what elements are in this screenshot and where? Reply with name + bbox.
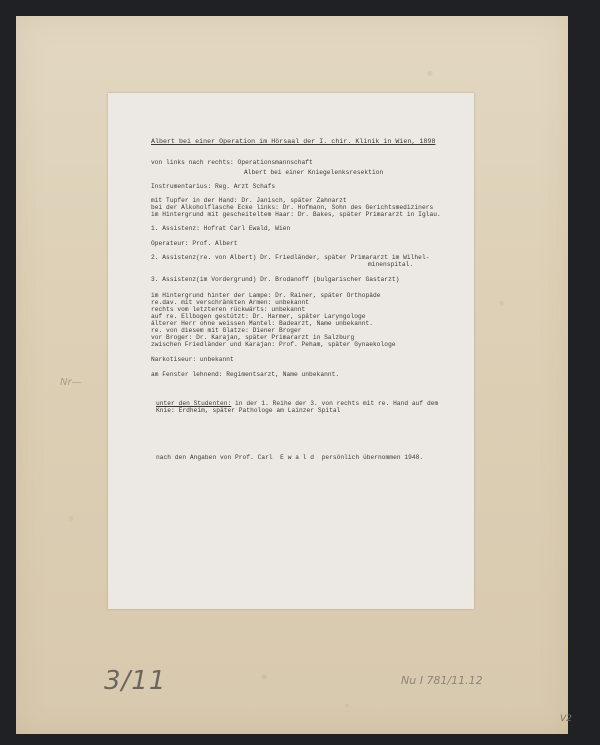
text-line: minenspital. <box>368 261 413 269</box>
text-line: Albert bei einer Kniegelenksresektion <box>244 169 383 177</box>
typewritten-sheet: Albert bei einer Operation im Hörsaal de… <box>108 93 474 609</box>
text-line: am Fenster lehnend: Regimentsarzt, Name … <box>151 371 339 379</box>
students-text: in der 1. Reihe der 3. von rechts mit re… <box>231 400 438 407</box>
text-line: Knie: Erdheim, später Pathologe am Lainz… <box>156 407 340 415</box>
inventory-number: Nu I 781/11.12 <box>401 674 483 687</box>
text-line: Instrumentarius: Reg. Arzt Schafs <box>151 183 275 191</box>
text-line-source: nach den Angaben von Prof. Carl E w a l … <box>156 454 423 462</box>
text-line: von links nach rechts: Operationsmannsch… <box>151 159 313 167</box>
students-label: unter den Studenten: <box>156 400 231 407</box>
document-title: Albert bei einer Operation im Hörsaal de… <box>151 138 436 146</box>
text-line: Operateur: Prof. Albert <box>151 240 238 248</box>
page-mark: V2 <box>560 714 572 724</box>
sheet-number: 3/11 <box>104 666 166 696</box>
text-line: 3. Assistenz(im Vordergrund) Dr. Brodano… <box>151 276 399 284</box>
text-line: im Hintergrund mit gescheiteltem Haar: D… <box>151 211 441 219</box>
text-line: 1. Assistenz: Hofrat Carl Ewald, Wien <box>151 225 290 233</box>
margin-pencil-mark: Nr— <box>60 377 82 388</box>
text-line: Narkotiseur: unbekannt <box>151 356 234 364</box>
text-line: zwischen Friedländer und Karajan: Prof. … <box>151 341 396 349</box>
